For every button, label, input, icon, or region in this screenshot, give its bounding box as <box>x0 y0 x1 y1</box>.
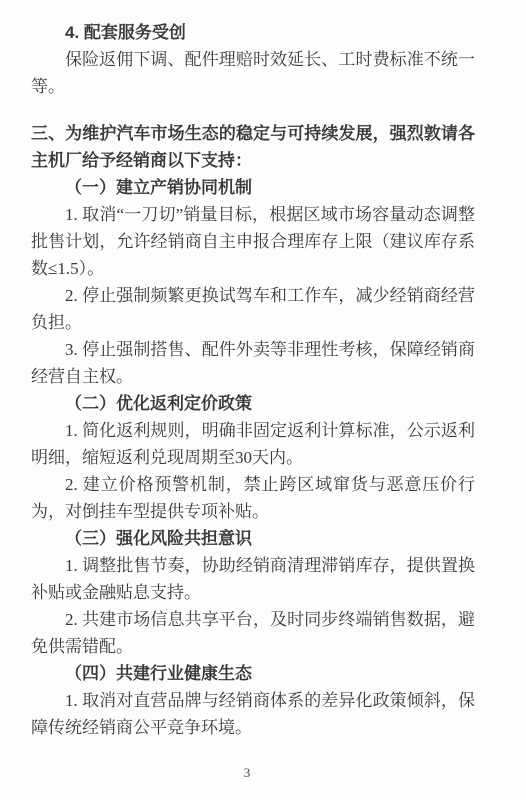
subsection-heading-one: （一）建立产销协同机制 <box>31 174 475 201</box>
list-item-paragraph: 3. 停止强制搭售、配件外卖等非理性考核，保障经销商经营自主权。 <box>31 336 475 390</box>
document-content: 4. 配套服务受创 保险返佣下调、配件理赔时效延长、工时费标准不统一等。 三、为… <box>31 19 475 741</box>
section-heading-three: 三、为维护汽车市场生态的稳定与可持续发展，强烈敦请各主机厂给予经销商以下支持： <box>31 120 475 174</box>
subsection-heading-three: （三）强化风险共担意识 <box>31 525 475 552</box>
document-page: 4. 配套服务受创 保险返佣下调、配件理赔时效延长、工时费标准不统一等。 三、为… <box>0 0 526 800</box>
list-item-paragraph: 1. 调整批售节奏，协助经销商清理滞销库存，提供置换补贴或金融贴息支持。 <box>31 552 475 606</box>
list-item-paragraph: 2. 建立价格预警机制，禁止跨区域窜货与恶意压价行为，对倒挂车型提供专项补贴。 <box>31 471 475 525</box>
list-item-paragraph: 2. 停止强制频繁更换试驾车和工作车，减少经销商经营负担。 <box>31 282 475 336</box>
list-item-paragraph: 1. 取消“一刀切”销量目标，根据区域市场容量动态调整批售计划，允许经销商自主申… <box>31 201 475 282</box>
paragraph-insurance-impact: 保险返佣下调、配件理赔时效延长、工时费标准不统一等。 <box>31 46 475 100</box>
subsection-heading-two: （二）优化返利定价政策 <box>31 390 475 417</box>
list-item-paragraph: 2. 共建市场信息共享平台，及时同步终端销售数据，避免供需错配。 <box>31 606 475 660</box>
subsection-heading-4: 4. 配套服务受创 <box>31 19 475 46</box>
subsection-heading-four: （四）共建行业健康生态 <box>31 660 475 687</box>
page-number: 3 <box>31 764 463 782</box>
list-item-paragraph: 1. 取消对直营品牌与经销商体系的差异化政策倾斜，保障传统经销商公平竞争环境。 <box>31 687 475 741</box>
list-item-paragraph: 1. 简化返利规则，明确非固定返利计算标准，公示返利明细，缩短返利兑现周期至30… <box>31 417 475 471</box>
